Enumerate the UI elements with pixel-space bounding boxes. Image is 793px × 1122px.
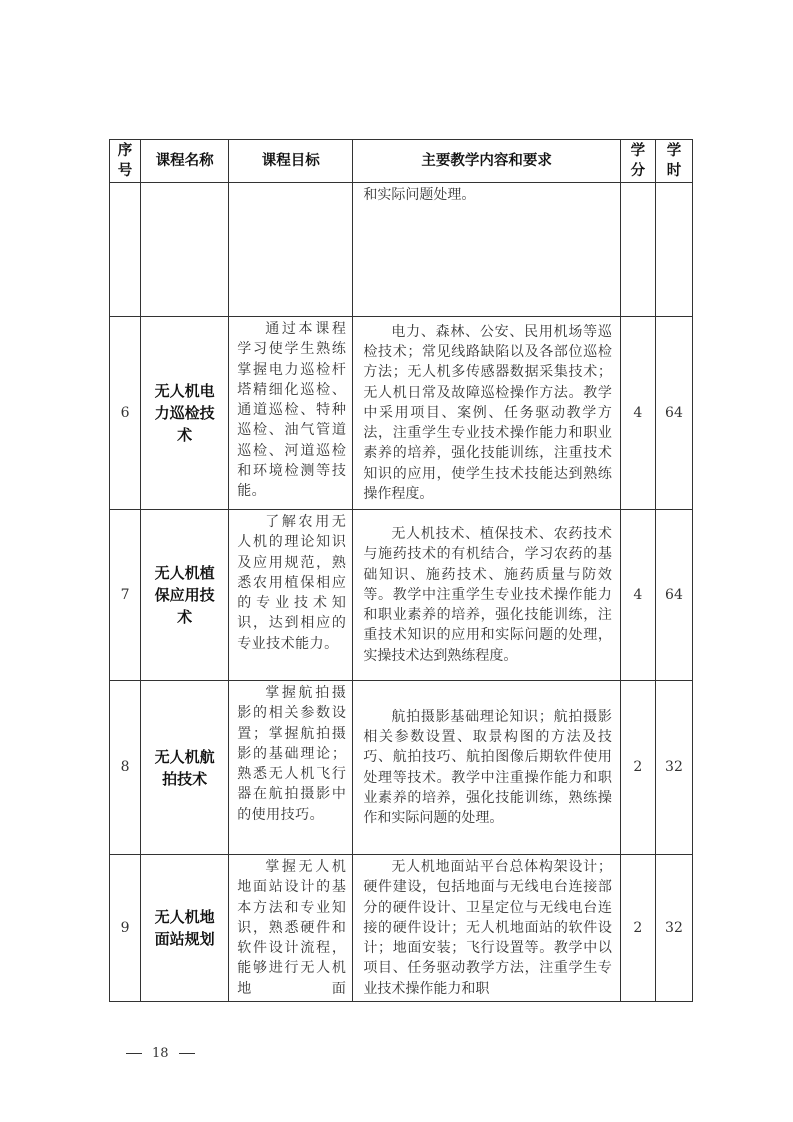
row-number: 6 [110, 317, 141, 510]
table-row: 7 无人机植保应用技术 了解农用无人机的理论知识及应用规范，熟悉农用植保相应的专… [110, 510, 693, 681]
name-cell [141, 183, 229, 317]
header-hours: 学时 [655, 140, 692, 183]
header-content: 主要教学内容和要求 [353, 140, 620, 183]
course-content: 电力、森林、公安、民用机场等巡检技术；常见线路缺陷以及各部位巡检方法；无人机多传… [353, 317, 620, 510]
course-hours: 32 [655, 681, 692, 855]
header-no: 序号 [110, 140, 141, 183]
table-row: 8 无人机航拍技术 掌握航拍摄影的相关参数设置；掌握航拍摄影的基础理论；熟悉无人… [110, 681, 693, 855]
course-goal: 通过本课程学习使学生熟练掌握电力巡检杆塔精细化巡检、通道巡检、特种巡检、油气管道… [229, 317, 353, 510]
course-goal: 掌握航拍摄影的相关参数设置；掌握航拍摄影的基础理论；熟悉无人机飞行器在航拍摄影中… [229, 681, 353, 855]
page-number: 18 [152, 1046, 169, 1061]
table-header-row: 序号 课程名称 课程目标 主要教学内容和要求 学分 学时 [110, 140, 693, 183]
page-footer: 18 [126, 1046, 195, 1061]
credit-cell [620, 183, 655, 317]
hours-cell [655, 183, 692, 317]
table-row-continued: 和实际问题处理。 [110, 183, 693, 317]
row-number: 8 [110, 681, 141, 855]
course-hours: 64 [655, 317, 692, 510]
course-credit: 4 [620, 510, 655, 681]
footer-dash-right [179, 1053, 195, 1054]
course-credit: 2 [620, 855, 655, 1002]
course-name: 无人机植保应用技术 [141, 510, 229, 681]
course-goal: 了解农用无人机的理论知识及应用规范，熟悉农用植保相应的专业技术知识，达到相应的专… [229, 510, 353, 681]
footer-dash-left [126, 1053, 142, 1054]
header-course-name: 课程名称 [141, 140, 229, 183]
course-name: 无人机航拍技术 [141, 681, 229, 855]
course-credit: 2 [620, 681, 655, 855]
header-credit: 学分 [620, 140, 655, 183]
course-content: 无人机技术、植保技术、农药技术与施药技术的有机结合，学习农药的基础知识、施药技术… [353, 510, 620, 681]
course-credit: 4 [620, 317, 655, 510]
course-name: 无人机地面站规划 [141, 855, 229, 1002]
content-cell: 和实际问题处理。 [353, 183, 620, 317]
no-cell [110, 183, 141, 317]
course-name: 无人机电力巡检技术 [141, 317, 229, 510]
table-row: 9 无人机地面站规划 掌握无人机地面站设计的基本方法和专业知识，熟悉硬件和软件设… [110, 855, 693, 1002]
goal-cell [229, 183, 353, 317]
course-goal: 掌握无人机地面站设计的基本方法和专业知识，熟悉硬件和软件设计流程，能够进行无人机… [229, 855, 353, 1002]
row-number: 9 [110, 855, 141, 1002]
row-number: 7 [110, 510, 141, 681]
header-course-goal: 课程目标 [229, 140, 353, 183]
course-hours: 32 [655, 855, 692, 1002]
course-hours: 64 [655, 510, 692, 681]
course-table: 序号 课程名称 课程目标 主要教学内容和要求 学分 学时 和实际问题处理。 6 … [109, 139, 693, 1002]
table-row: 6 无人机电力巡检技术 通过本课程学习使学生熟练掌握电力巡检杆塔精细化巡检、通道… [110, 317, 693, 510]
course-content: 航拍摄影基础理论知识；航拍摄影相关参数设置、取景构图的方法及技巧、航拍技巧、航拍… [353, 681, 620, 855]
course-content: 无人机地面站平台总体构架设计；硬件建设，包括地面与无线电台连接部分的硬件设计、卫… [353, 855, 620, 1002]
